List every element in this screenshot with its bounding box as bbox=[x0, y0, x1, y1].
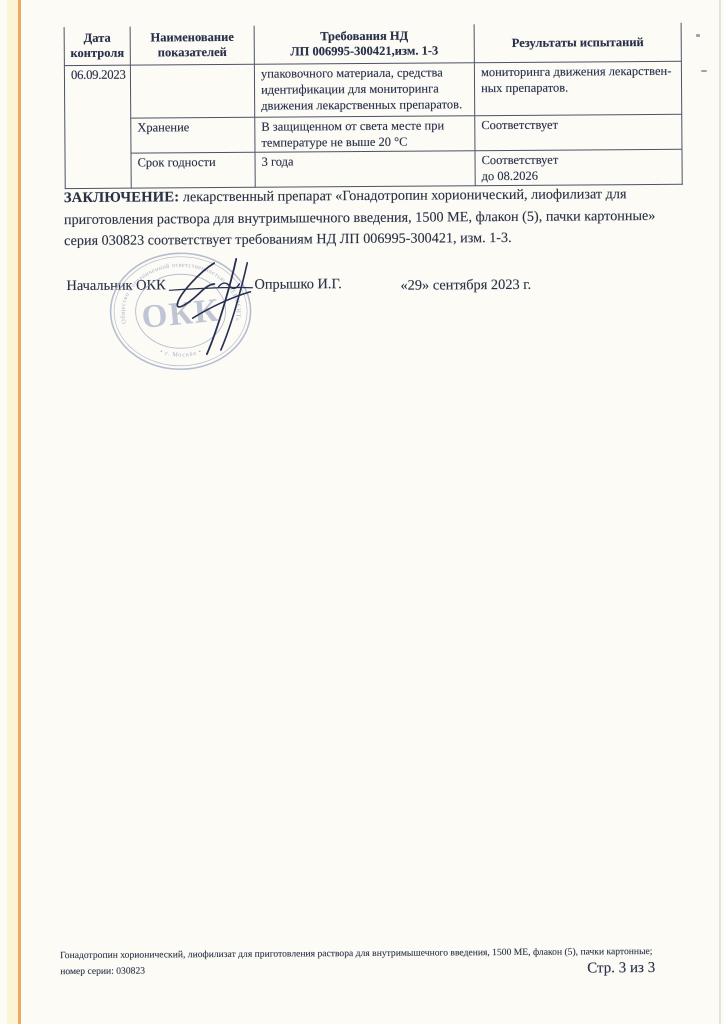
scanned-qc-document: { "colors": { "ink": "#2a3145", "stamp_i… bbox=[0, 0, 724, 1024]
requirement-cell: В защищенном от света месте при температ… bbox=[255, 116, 475, 153]
indicator-cell: Срок годности bbox=[131, 152, 255, 188]
result-cell: Соответствует bbox=[475, 114, 682, 150]
table-row: Срок годности 3 года Соответствует до 08… bbox=[65, 149, 682, 188]
handwritten-signature bbox=[148, 251, 261, 364]
conclusion-label: ЗАКЛЮЧЕНИЕ: bbox=[64, 189, 180, 206]
result-cell: мониторинга движения лекарствен- ных пре… bbox=[474, 61, 681, 115]
signoff-name: Опрышко И.Г. bbox=[254, 276, 342, 294]
table-header-row: Дата контроля Наименование показателей Т… bbox=[64, 23, 681, 66]
requirement-cell: 3 года bbox=[255, 151, 475, 188]
table-row: 06.09.2023 упаковочного материала, средс… bbox=[64, 61, 681, 118]
requirement-cell: упаковочного материала, средства идентиф… bbox=[254, 63, 474, 118]
page-number: Стр. 3 из 3 bbox=[587, 960, 655, 977]
signature-stroke bbox=[177, 263, 215, 307]
control-date-cell: 06.09.2023 bbox=[64, 65, 131, 188]
conclusion-paragraph: ЗАКЛЮЧЕНИЕ: лекарственный препарат «Гона… bbox=[64, 184, 668, 253]
table-row: Хранение В защищенном от света месте при… bbox=[65, 114, 682, 153]
document-sheet: Дата контроля Наименование показателей Т… bbox=[0, 0, 724, 1024]
header-test-results: Результаты испытаний bbox=[474, 23, 681, 63]
indicator-cell: Хранение bbox=[131, 117, 255, 153]
header-date-of-control: Дата контроля bbox=[64, 27, 130, 66]
indicator-cell bbox=[130, 64, 254, 118]
signature-stroke bbox=[206, 259, 237, 354]
signoff-date: «29» сентября 2023 г. bbox=[400, 277, 531, 295]
header-nd-requirements: Требования НД ЛП 006995-300421,изм. 1-3 bbox=[254, 24, 474, 64]
qc-results-table: Дата контроля Наименование показателей Т… bbox=[64, 23, 683, 189]
header-indicator-name: Наименование показателей bbox=[130, 26, 254, 65]
footer-block: Гонадотропин хорионический, лиофилизат д… bbox=[60, 944, 676, 979]
result-cell: Соответствует до 08.2026 bbox=[475, 149, 682, 185]
